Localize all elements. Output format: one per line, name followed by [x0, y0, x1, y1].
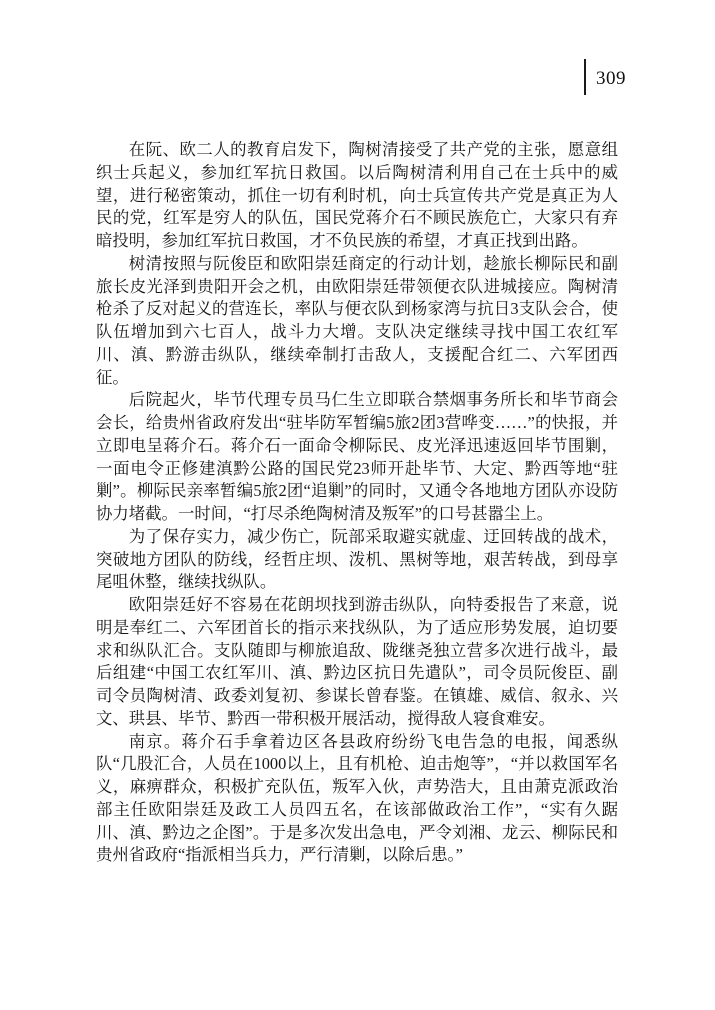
paragraph-2: 树清按照与阮俊臣和欧阳崇廷商定的行动计划，趁旅长柳际民和副旅长皮光泽到贵阳开会之…	[96, 253, 618, 390]
paragraph-4: 为了保存实力，减少伤亡，阮部采取避实就虚、迂回转战的战术，突破地方团队的防线，经…	[96, 526, 618, 594]
paragraph-3: 后院起火，毕节代理专员马仁生立即联合禁烟事务所长和毕节商会会长，给贵州省政府发出…	[96, 389, 618, 526]
text-block: 在阮、欧二人的教育启发下，陶树清接受了共产党的主张，愿意组织士兵起义，参加红军抗…	[96, 139, 618, 867]
paragraph-5: 欧阳崇廷好不容易在花朗坝找到游击纵队，向特委报告了来意，说明是奉红二、六军团首长…	[96, 594, 618, 731]
paragraph-1: 在阮、欧二人的教育启发下，陶树清接受了共产党的主张，愿意组织士兵起义，参加红军抗…	[96, 139, 618, 253]
page-header: 309	[584, 58, 626, 96]
paragraph-6: 南京。蒋介石手拿着边区各县政府纷纷飞电告急的电报，闻悉纵队“几股汇合，人员在10…	[96, 731, 618, 868]
page-number: 309	[596, 68, 626, 90]
header-rule	[584, 59, 586, 95]
